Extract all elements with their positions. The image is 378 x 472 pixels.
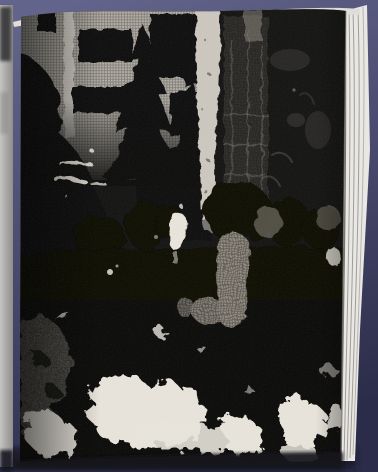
photo-of-open-book xyxy=(0,0,378,472)
book xyxy=(0,5,370,472)
halftone-photograph xyxy=(14,6,350,472)
left-page-sliver xyxy=(0,5,13,472)
grain-overlay xyxy=(14,6,350,468)
book-scene xyxy=(0,0,378,472)
